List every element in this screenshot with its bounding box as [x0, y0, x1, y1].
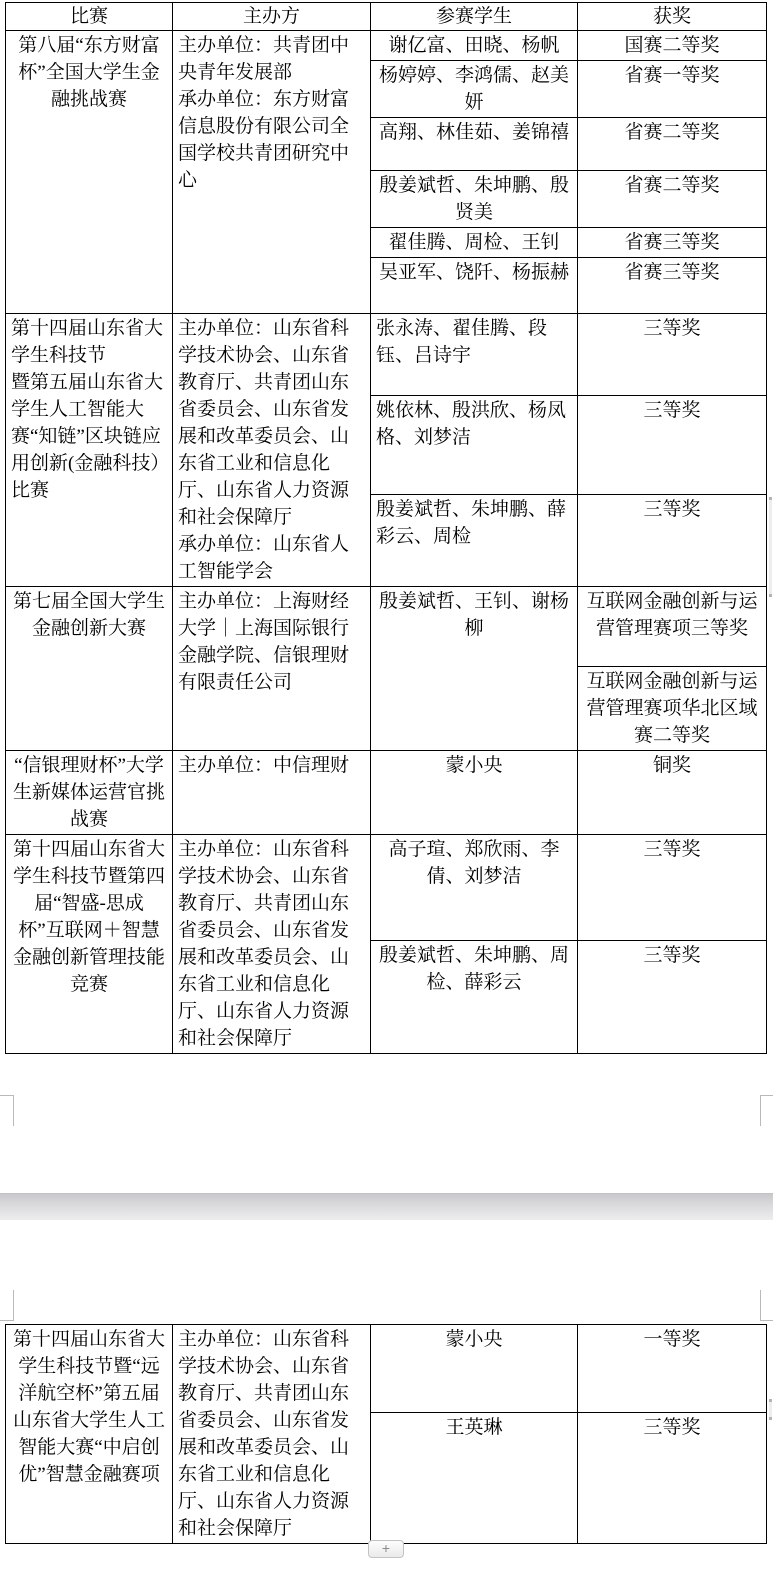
competition-cell[interactable]: 第十四届山东省大学生科技节暨第四届“智盛-思成杯”互联网＋智慧金融创新管理技能竞…: [6, 835, 173, 1054]
right-margin-mark: [769, 1399, 772, 1420]
award-cell[interactable]: 互联网金融创新与运营管理赛项三等奖: [578, 587, 767, 667]
plus-icon: +: [382, 1540, 390, 1556]
award-cell[interactable]: 省赛一等奖: [578, 61, 767, 118]
competition-cell[interactable]: 第八届“东方财富杯”全国大学生金融挑战赛: [6, 31, 173, 314]
students-cell[interactable]: 殷姜斌哲、王钊、谢杨柳: [371, 587, 578, 751]
students-cell[interactable]: 殷姜斌哲、朱坤鹏、薛彩云、周检: [371, 494, 578, 586]
column-header-organizer: 主办方: [173, 3, 371, 31]
page2-top-right-boundary-mark: [760, 1320, 773, 1321]
organizer-cell[interactable]: 主办单位：山东省科学技术协会、山东省教育厅、共青团山东省委员会、山东省发展和改革…: [173, 835, 371, 1054]
award-cell[interactable]: 省赛二等奖: [578, 171, 767, 228]
students-cell[interactable]: 殷姜斌哲、朱坤鹏、殷贤美: [371, 171, 578, 228]
competition-cell[interactable]: “信银理财杯”大学生新媒体运营官挑战赛: [6, 751, 173, 835]
awards-table-page2: 第十四届山东省大学生科技节暨“远洋航空杯”第五届山东省大学生人工智能大赛“中启创…: [5, 1324, 767, 1544]
table-row: 第八届“东方财富杯”全国大学生金融挑战赛 主办单位：共青团中央青年发展部 承办单…: [6, 31, 767, 61]
organizer-cell[interactable]: 主办单位：山东省科学技术协会、山东省教育厅、共青团山东省委员会、山东省发展和改革…: [173, 1325, 371, 1544]
award-cell[interactable]: 三等奖: [578, 314, 767, 396]
students-cell[interactable]: 王英琳: [371, 1413, 578, 1544]
table-header-row: 比赛 主办方 参赛学生 获奖: [6, 3, 767, 31]
award-cell[interactable]: 省赛二等奖: [578, 118, 767, 171]
award-cell[interactable]: 一等奖: [578, 1325, 767, 1413]
award-cell[interactable]: 国赛二等奖: [578, 31, 767, 61]
students-cell[interactable]: 蒙小央: [371, 1325, 578, 1413]
table-row: 第七届全国大学生金融创新大赛 主办单位：上海财经大学｜上海国际银行金融学院、信银…: [6, 587, 767, 667]
students-cell[interactable]: 杨婷婷、李鸿儒、赵美妍: [371, 61, 578, 118]
award-cell[interactable]: 三等奖: [578, 835, 767, 941]
column-header-students: 参赛学生: [371, 3, 578, 31]
organizer-cell[interactable]: 主办单位：中信理财: [173, 751, 371, 835]
students-cell[interactable]: 吴亚军、饶阡、杨振赫: [371, 258, 578, 314]
award-cell[interactable]: 省赛三等奖: [578, 228, 767, 258]
students-cell[interactable]: 翟佳腾、周检、王钊: [371, 228, 578, 258]
page1-bottom-left-boundary-mark: [0, 1095, 13, 1096]
award-cell[interactable]: 三等奖: [578, 941, 767, 1054]
table-row: 第十四届山东省大学生科技节 暨第五届山东省大学生人工智能大赛“知链”区块链应用创…: [6, 314, 767, 396]
students-cell[interactable]: 殷姜斌哲、朱坤鹏、周检、薛彩云: [371, 941, 578, 1054]
organizer-cell[interactable]: 主办单位：上海财经大学｜上海国际银行金融学院、信银理财有限责任公司: [173, 587, 371, 751]
award-cell[interactable]: 三等奖: [578, 396, 767, 495]
students-cell[interactable]: 高子瑄、郑欣雨、李倩、刘梦洁: [371, 835, 578, 941]
page2-top-left-boundary-mark: [13, 1290, 14, 1321]
award-cell[interactable]: 三等奖: [578, 494, 767, 586]
page-break-gap: [0, 1193, 773, 1220]
organizer-cell[interactable]: 主办单位：山东省科学技术协会、山东省教育厅、共青团山东省委员会、山东省发展和改革…: [173, 314, 371, 587]
insert-table-row-button[interactable]: +: [368, 1540, 404, 1558]
students-cell[interactable]: 蒙小央: [371, 751, 578, 835]
award-cell[interactable]: 三等奖: [578, 1413, 767, 1544]
page1-bottom-left-boundary-mark: [13, 1095, 14, 1126]
table-row: “信银理财杯”大学生新媒体运营官挑战赛 主办单位：中信理财 蒙小央 铜奖: [6, 751, 767, 835]
page2-top-right-boundary-mark: [760, 1290, 761, 1321]
right-margin-mark: [769, 497, 772, 597]
column-header-award: 获奖: [578, 3, 767, 31]
awards-table-page1: 比赛 主办方 参赛学生 获奖 第八届“东方财富杯”全国大学生金融挑战赛 主办单位…: [5, 2, 767, 1054]
students-cell[interactable]: 高翔、林佳茹、姜锦禧: [371, 118, 578, 171]
students-cell[interactable]: 姚依林、殷洪欣、杨凤格、刘梦洁: [371, 396, 578, 495]
competition-cell[interactable]: 第七届全国大学生金融创新大赛: [6, 587, 173, 751]
students-cell[interactable]: 谢亿富、田晓、杨帆: [371, 31, 578, 61]
page1-bottom-right-boundary-mark: [760, 1095, 773, 1096]
award-cell[interactable]: 互联网金融创新与运营管理赛项华北区域赛二等奖: [578, 667, 767, 751]
table-row: 第十四届山东省大学生科技节暨“远洋航空杯”第五届山东省大学生人工智能大赛“中启创…: [6, 1325, 767, 1413]
organizer-cell[interactable]: 主办单位：共青团中央青年发展部 承办单位：东方财富信息股份有限公司全国学校共青团…: [173, 31, 371, 314]
students-cell[interactable]: 张永涛、翟佳腾、段钰、吕诗宇: [371, 314, 578, 396]
award-cell[interactable]: 铜奖: [578, 751, 767, 835]
column-header-competition: 比赛: [6, 3, 173, 31]
page1-bottom-right-boundary-mark: [760, 1095, 761, 1126]
competition-cell[interactable]: 第十四届山东省大学生科技节暨“远洋航空杯”第五届山东省大学生人工智能大赛“中启创…: [6, 1325, 173, 1544]
award-cell[interactable]: 省赛三等奖: [578, 258, 767, 314]
table-row: 第十四届山东省大学生科技节暨第四届“智盛-思成杯”互联网＋智慧金融创新管理技能竞…: [6, 835, 767, 941]
page2-top-left-boundary-mark: [0, 1320, 13, 1321]
competition-cell[interactable]: 第十四届山东省大学生科技节 暨第五届山东省大学生人工智能大赛“知链”区块链应用创…: [6, 314, 173, 587]
